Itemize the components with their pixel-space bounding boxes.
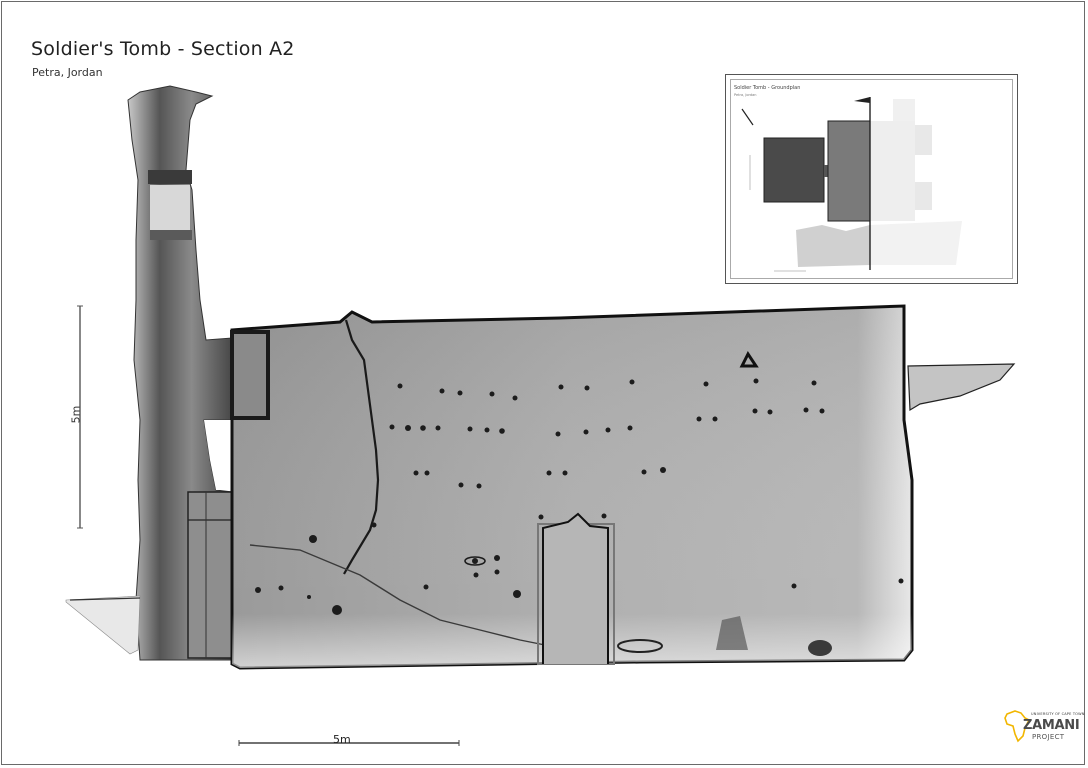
zamani-project-logo: UNIVERSITY OF CAPE TOWN ZAMANI PROJECT: [1003, 708, 1075, 744]
north-arrow-icon: [742, 109, 753, 125]
logo-project: PROJECT: [1032, 733, 1064, 741]
logo-university: UNIVERSITY OF CAPE TOWN: [1031, 712, 1085, 716]
section-flag-icon: [854, 97, 870, 103]
groundplan-inset: Soldier Tomb - Groundplan Petra, Jordan: [725, 74, 1018, 284]
inset-plan: [726, 75, 1019, 285]
main-wall-section: [232, 306, 1014, 668]
horizontal-scale-label: 5m: [333, 733, 351, 746]
left-column-section: [66, 86, 234, 660]
vertical-scale-label: 5m: [70, 405, 83, 425]
logo-name: ZAMANI: [1023, 718, 1079, 733]
